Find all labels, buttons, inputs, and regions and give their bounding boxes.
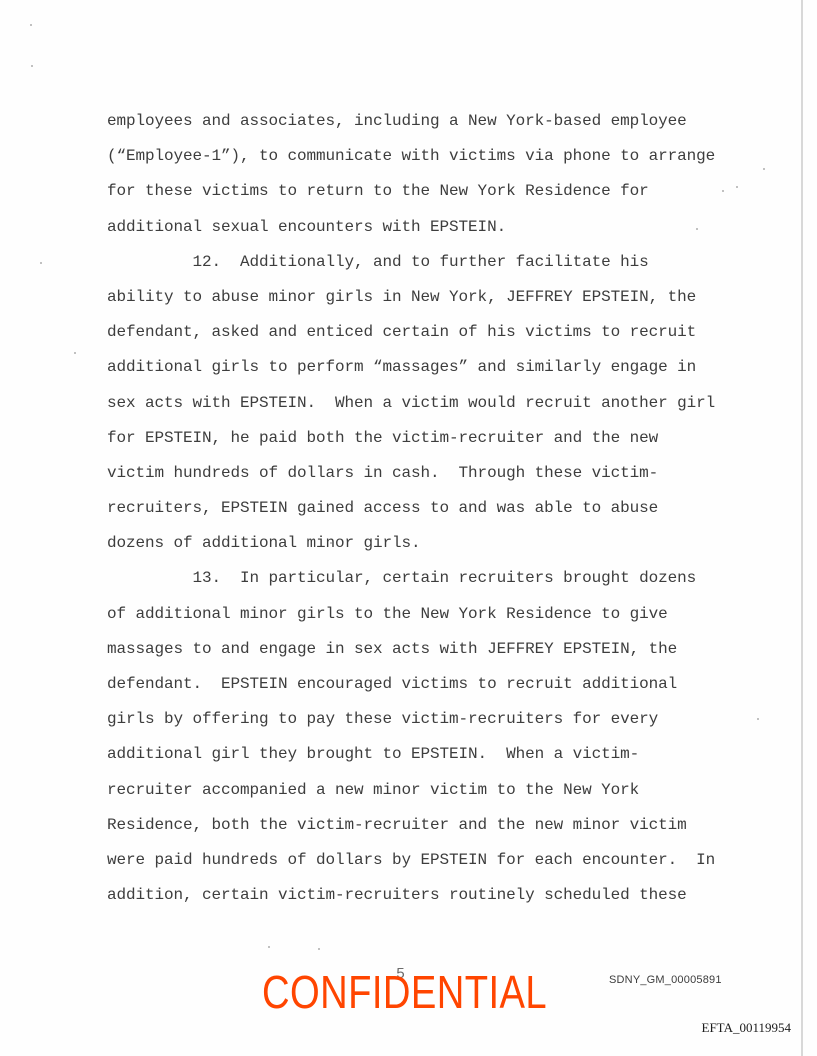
text-line: defendant, asked and enticed certain of … — [107, 315, 767, 350]
confidential-stamp: CONFIDENTIAL — [262, 969, 547, 1015]
text-line: recruiters, EPSTEIN gained access to and… — [107, 491, 767, 526]
scanned-document-page: employees and associates, including a Ne… — [0, 0, 817, 1056]
bates-number-efta: EFTA_00119954 — [702, 1020, 791, 1036]
bates-number-sdny: SDNY_GM_00005891 — [609, 974, 722, 986]
text-line: of additional minor girls to the New Yor… — [107, 597, 767, 632]
scan-speck-artifact — [763, 168, 765, 170]
text-line: recruiter accompanied a new minor victim… — [107, 773, 767, 808]
text-line: Residence, both the victim-recruiter and… — [107, 808, 767, 843]
scan-speck-artifact — [268, 946, 270, 948]
text-line: sex acts with EPSTEIN. When a victim wou… — [107, 386, 767, 421]
scan-speck-artifact — [74, 352, 76, 354]
scan-edge-artifact — [801, 0, 803, 1056]
text-line: additional girls to perform “massages” a… — [107, 350, 767, 385]
text-line: addition, certain victim-recruiters rout… — [107, 878, 767, 913]
text-line: additional sexual encounters with EPSTEI… — [107, 210, 767, 245]
scan-speck-artifact — [757, 718, 759, 720]
scan-speck-artifact — [696, 228, 698, 230]
text-line: victim hundreds of dollars in cash. Thro… — [107, 456, 767, 491]
text-line: (“Employee-1”), to communicate with vict… — [107, 139, 767, 174]
scan-speck-artifact — [318, 948, 320, 950]
text-line: 12. Additionally, and to further facilit… — [107, 245, 767, 280]
text-line: for EPSTEIN, he paid both the victim-rec… — [107, 421, 767, 456]
text-line: girls by offering to pay these victim-re… — [107, 702, 767, 737]
document-body: employees and associates, including a Ne… — [107, 104, 767, 913]
scan-speck-artifact — [330, 542, 332, 544]
scan-speck-artifact — [30, 24, 32, 26]
scan-speck-artifact — [736, 186, 738, 188]
text-line: defendant. EPSTEIN encouraged victims to… — [107, 667, 767, 702]
text-line: dozens of additional minor girls. — [107, 526, 767, 561]
text-line: massages to and engage in sex acts with … — [107, 632, 767, 667]
text-line: additional girl they brought to EPSTEIN.… — [107, 737, 767, 772]
text-line: employees and associates, including a Ne… — [107, 104, 767, 139]
scan-speck-artifact — [722, 190, 724, 192]
text-line: were paid hundreds of dollars by EPSTEIN… — [107, 843, 767, 878]
text-line: 13. In particular, certain recruiters br… — [107, 561, 767, 596]
scan-speck-artifact — [31, 65, 33, 67]
text-line: ability to abuse minor girls in New York… — [107, 280, 767, 315]
scan-speck-artifact — [40, 262, 42, 264]
text-line: for these victims to return to the New Y… — [107, 174, 767, 209]
